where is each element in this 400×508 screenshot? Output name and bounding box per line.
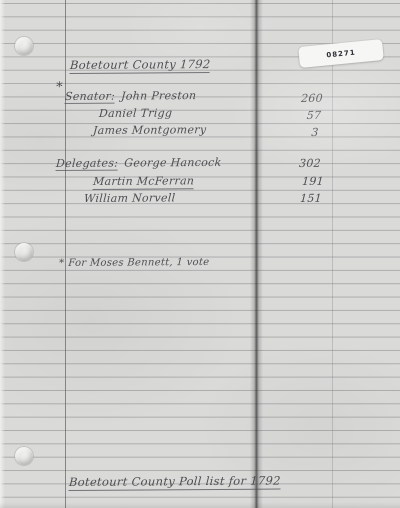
- footnote-marker: *: [59, 258, 65, 269]
- candidate-name: James Montgomery: [93, 123, 207, 137]
- scanned-page: 08271 Botetourt County 1792 * Senator:Jo…: [0, 0, 400, 508]
- punch-hole: [15, 243, 33, 261]
- candidate-name: Daniel Trigg: [99, 106, 173, 120]
- punch-hole: [15, 37, 33, 55]
- faint-column-line: [332, 0, 333, 508]
- footnote-text: For Moses Bennett, 1 vote: [68, 257, 210, 269]
- page-bottom-edge: [0, 502, 400, 508]
- punch-hole: [15, 447, 33, 465]
- page-title: Botetourt County 1792: [69, 57, 210, 74]
- vote-count: 260: [295, 92, 330, 105]
- footnote-marker: *: [56, 80, 64, 95]
- page-caption: Botetourt County Poll list for 1792: [68, 474, 281, 491]
- vote-count: 302: [292, 157, 329, 170]
- page-left-edge: [0, 0, 5, 508]
- candidate-name: Martin McFerran: [93, 174, 195, 190]
- senator-section-label: Senator:: [65, 90, 116, 104]
- catalog-label-number: 08271: [326, 48, 356, 59]
- delegates-line: Delegates:George Hancock: [56, 156, 222, 170]
- candidate-name: John Preston: [121, 89, 197, 103]
- page-fold-shadow: [250, 0, 263, 508]
- vote-count: 151: [295, 192, 328, 205]
- margin-line: [65, 0, 66, 508]
- ruled-lines: [0, 0, 400, 508]
- vote-count: 57: [301, 109, 328, 122]
- footnote: *For Moses Bennett, 1 vote: [59, 257, 210, 269]
- delegates-section-label: Delegates:: [56, 157, 119, 171]
- vote-count: 191: [298, 175, 329, 188]
- vote-count: 3: [305, 126, 326, 139]
- candidate-name: George Hancock: [124, 156, 222, 170]
- senator-line: Senator:John Preston: [65, 89, 197, 103]
- candidate-name: William Norvell: [84, 191, 176, 205]
